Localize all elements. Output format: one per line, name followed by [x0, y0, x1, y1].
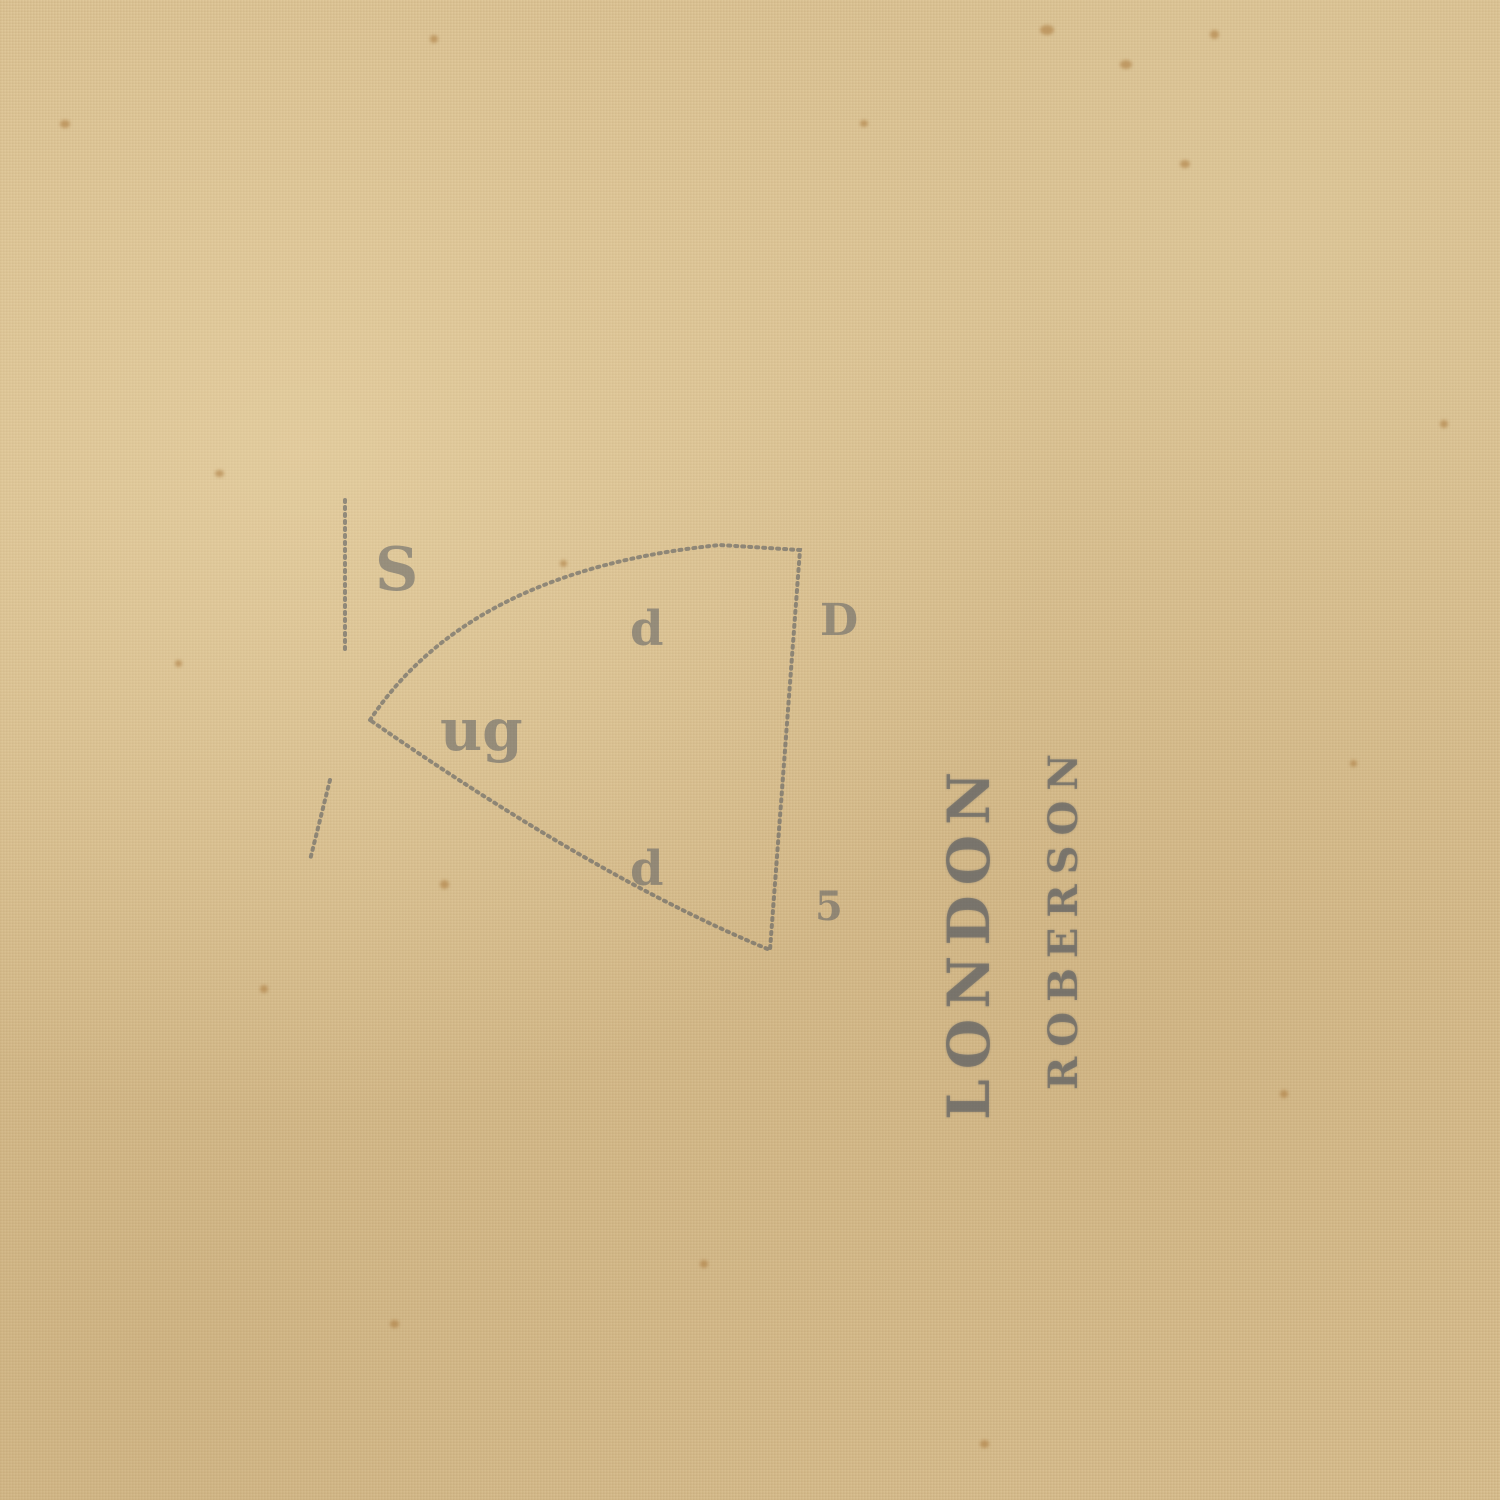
svg-text:d: d: [630, 601, 664, 657]
stain-speckle: [1350, 760, 1357, 767]
svg-text:5: 5: [815, 883, 843, 930]
stain-speckle: [700, 1260, 708, 1268]
stain-speckle: [1040, 25, 1054, 35]
svg-text:ug: ug: [440, 696, 523, 764]
stain-speckle: [175, 660, 182, 667]
stain-speckle: [390, 1320, 399, 1328]
stain-speckle: [1180, 160, 1190, 168]
stain-speckle: [1280, 1090, 1288, 1098]
svg-text:D: D: [820, 595, 858, 646]
stamp-text-left: LONDON: [935, 380, 1003, 1120]
svg-text:S: S: [375, 535, 418, 605]
canvas-back: S d ug d 5 D LONDON ROBERSON: [0, 0, 1500, 1500]
stain-speckle: [1120, 60, 1132, 69]
stain-speckle: [860, 120, 868, 127]
stain-speckle: [215, 470, 224, 477]
stain-speckle: [430, 35, 438, 43]
stain-speckle: [980, 1440, 989, 1448]
stain-speckle: [60, 120, 70, 128]
svg-text:d: d: [630, 841, 664, 897]
stamp-text-right: ROBERSON: [1040, 510, 1087, 1090]
stain-speckle: [1210, 30, 1219, 39]
stain-speckle: [1440, 420, 1448, 428]
stain-speckle: [260, 985, 268, 993]
shield-stamp-icon: S d ug d 5 D: [300, 480, 920, 1000]
